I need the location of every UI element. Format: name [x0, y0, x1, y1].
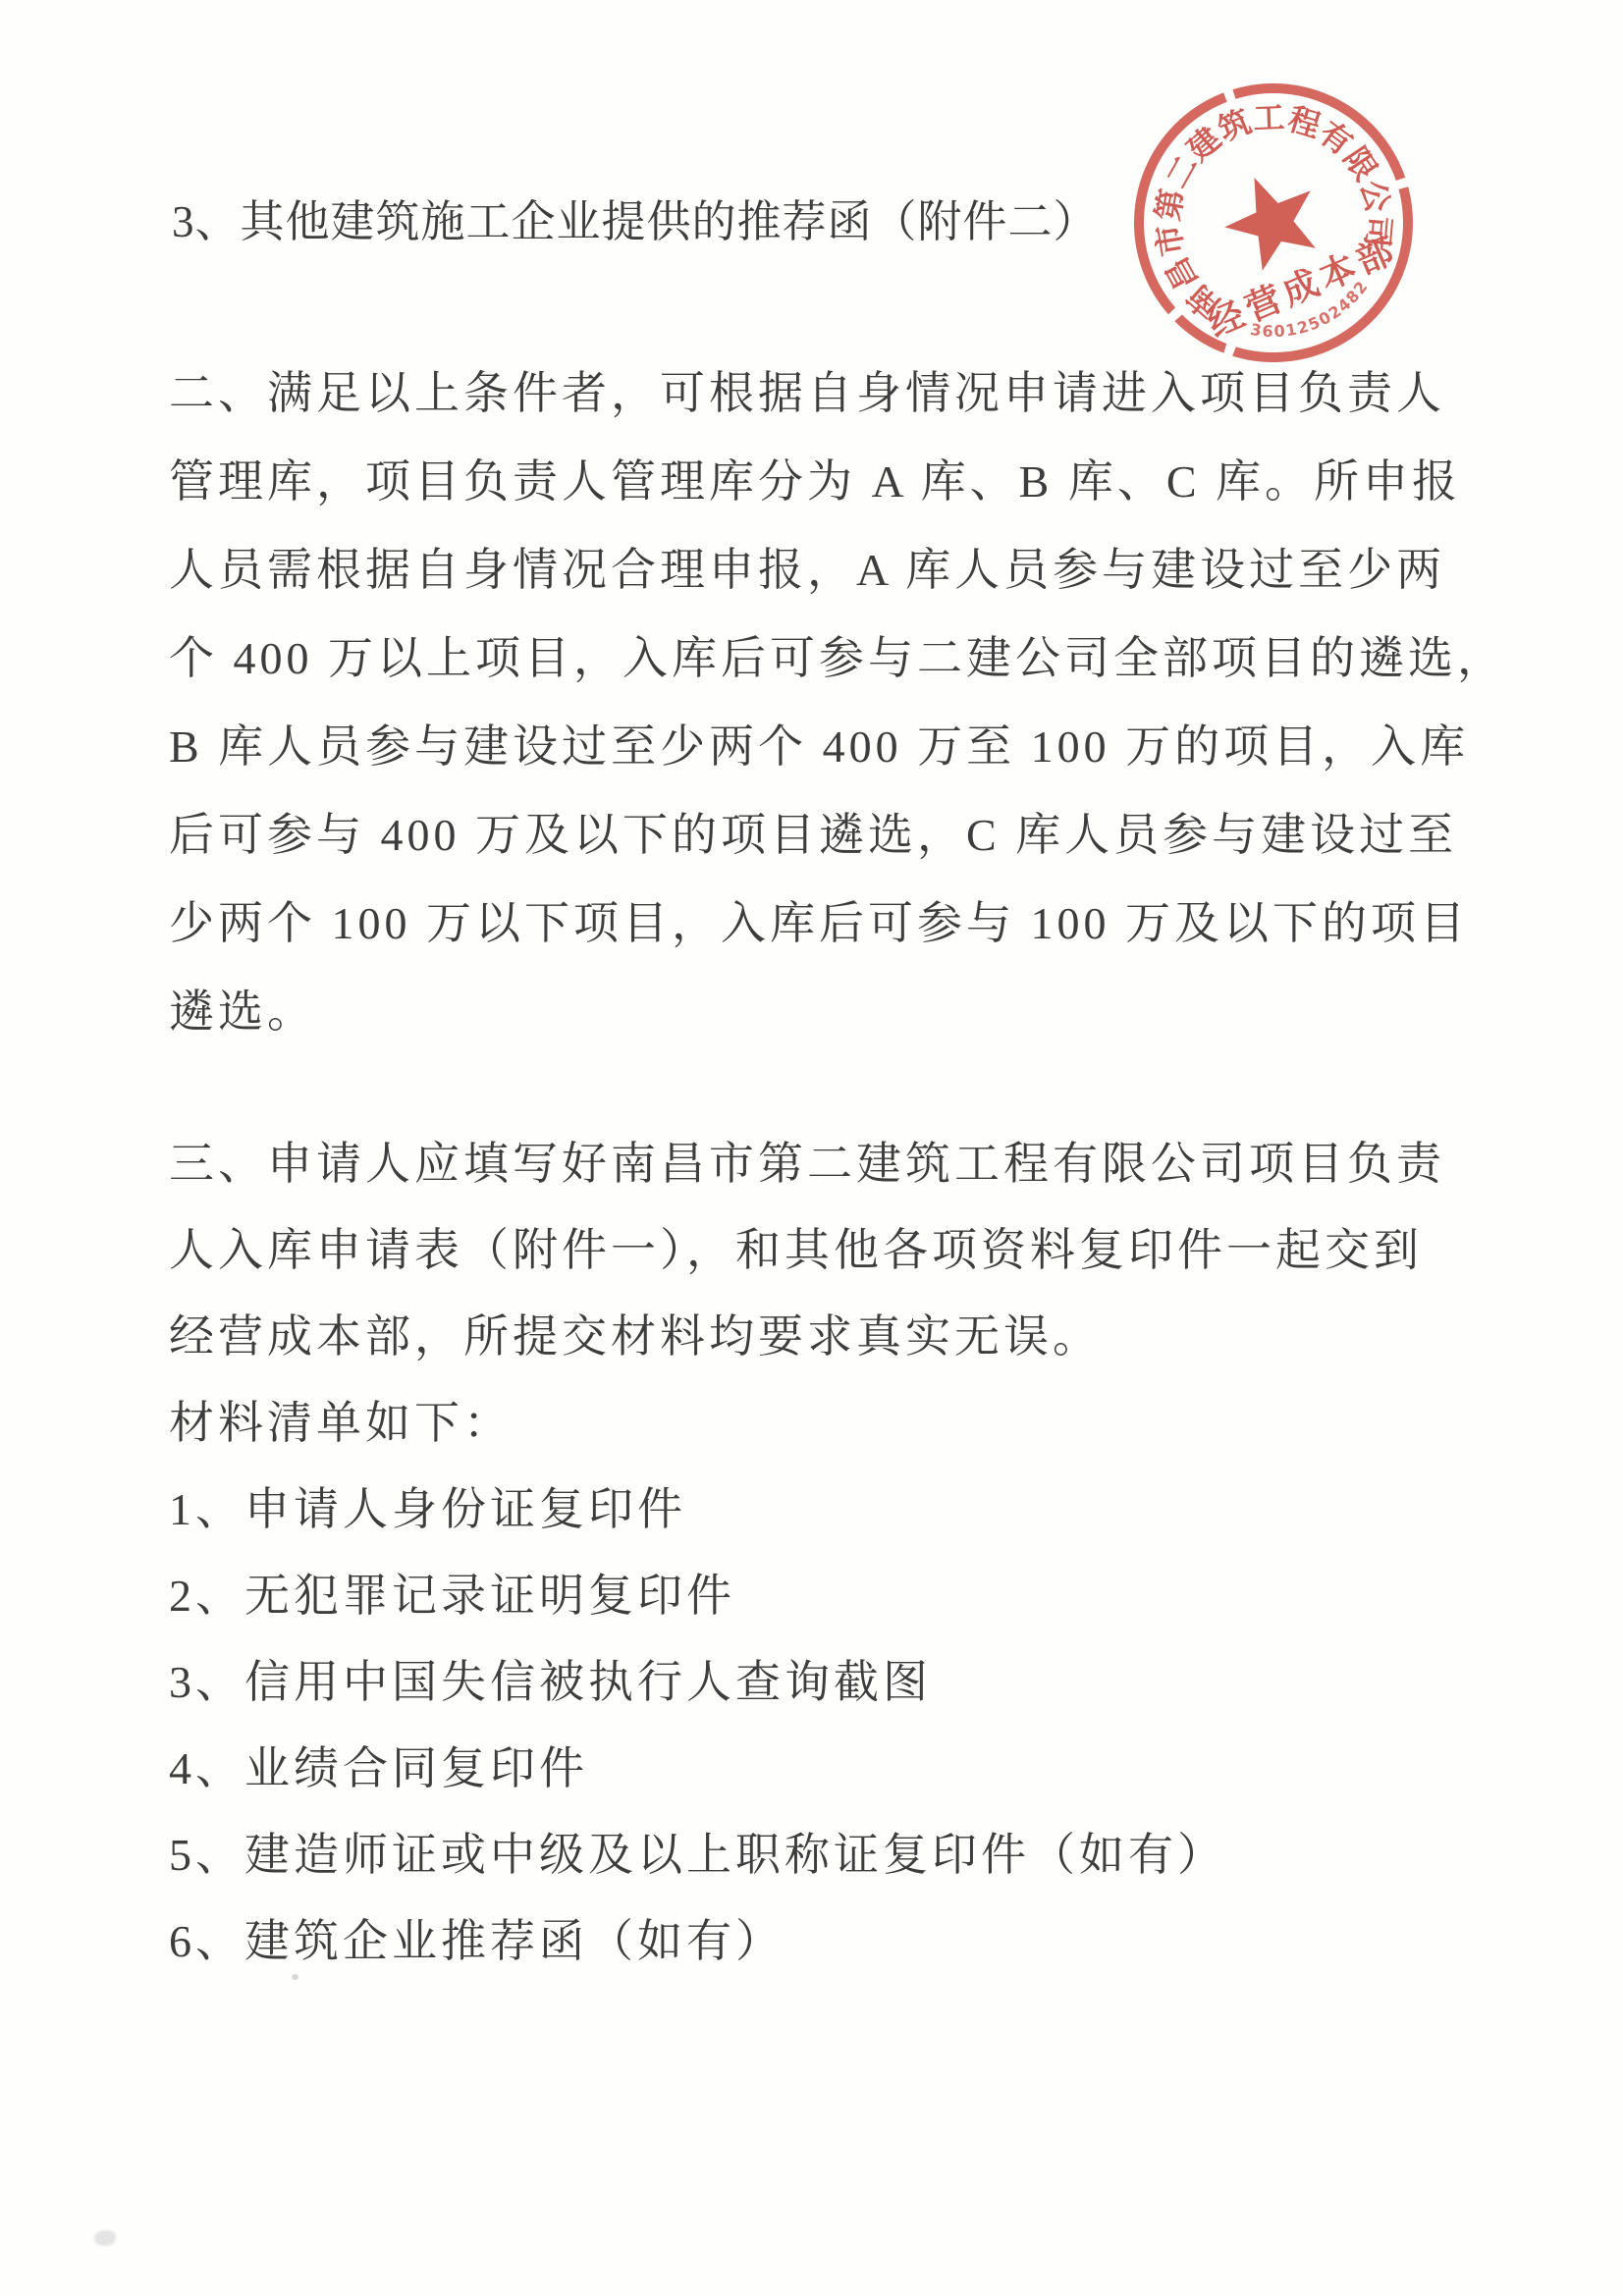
section-3-paragraph: 三、申请人应填写好南昌市第二建筑工程有限公司项目负责 人入库申请表（附件一），和… [169, 1121, 1475, 1985]
document-page: 3、其他建筑施工企业提供的推荐函（附件二） 二、满足以上条件者，可根据自身情况申… [0, 0, 1623, 2296]
seal-ring-break [1225, 93, 1234, 97]
doc-line: 人入库申请表（附件一），和其他各项资料复印件一起交到 [169, 1207, 1475, 1294]
company-seal: 南昌市第二建筑工程有限公司 经营成本部 3601250248276 [1111, 61, 1435, 385]
seal-ring [1111, 61, 1435, 385]
section-2-paragraph: 二、满足以上条件者，可根据自身情况申请进入项目负责人 管理库，项目负责人管理库分… [169, 349, 1475, 1056]
doc-line: 少两个 100 万以下项目，入库后可参与 100 万及以下的项目 [169, 880, 1475, 968]
seal-ring-break [1400, 179, 1405, 187]
seal-company-text: 南昌市第二建筑工程有限公司 [1111, 61, 1415, 337]
checklist-item: 3、信用中国失信被执行人查询截图 [169, 1639, 1475, 1726]
scan-artifact-dot [292, 1974, 298, 1980]
doc-line: 二、满足以上条件者，可根据自身情况申请进入项目负责人 [169, 349, 1475, 438]
scan-artifact-smudge [94, 2230, 116, 2246]
seal-graphic: 南昌市第二建筑工程有限公司 经营成本部 3601250248276 [1111, 61, 1435, 385]
doc-line: 个 400 万以上项目，入库后可参与二建公司全部项目的遴选， [169, 614, 1475, 703]
doc-line: 后可参与 400 万及以下的项目遴选，C 库人员参与建设过至 [169, 791, 1475, 880]
seal-code-text: 3601250248276 [1206, 184, 1380, 357]
checklist-item: 4、业绩合同复印件 [169, 1726, 1475, 1812]
doc-line: B 库人员参与建设过至少两个 400 万至 100 万的项目，入库 [169, 703, 1475, 791]
checklist-item: 2、无犯罪记录证明复印件 [169, 1553, 1475, 1639]
doc-line: 管理库，项目负责人管理库分为 A 库、B 库、C 库。所申报 [169, 438, 1475, 526]
seal-ring-break [1172, 310, 1179, 320]
doc-line: 三、申请人应填写好南昌市第二建筑工程有限公司项目负责 [169, 1121, 1475, 1207]
doc-line: 遴选。 [169, 968, 1475, 1056]
intro-line: 3、其他建筑施工企业提供的推荐函（附件二） [172, 192, 1099, 251]
materials-checklist: 1、申请人身份证复印件 2、无犯罪记录证明复印件 3、信用中国失信被执行人查询截… [169, 1467, 1475, 1985]
doc-line: 经营成本部，所提交材料均要求真实无误。 [169, 1294, 1475, 1380]
materials-heading: 材料清单如下： [169, 1380, 1475, 1467]
seal-star-icon [1212, 159, 1332, 277]
checklist-item: 1、申请人身份证复印件 [169, 1467, 1475, 1553]
checklist-item: 5、建造师证或中级及以上职称证复印件（如有） [169, 1812, 1475, 1898]
seal-department-text: 经营成本部 [1202, 229, 1403, 345]
checklist-item: 6、建筑企业推荐函（如有） [169, 1898, 1475, 1985]
doc-line: 人员需根据自身情况合理申报，A 库人员参与建设过至少两 [169, 526, 1475, 614]
